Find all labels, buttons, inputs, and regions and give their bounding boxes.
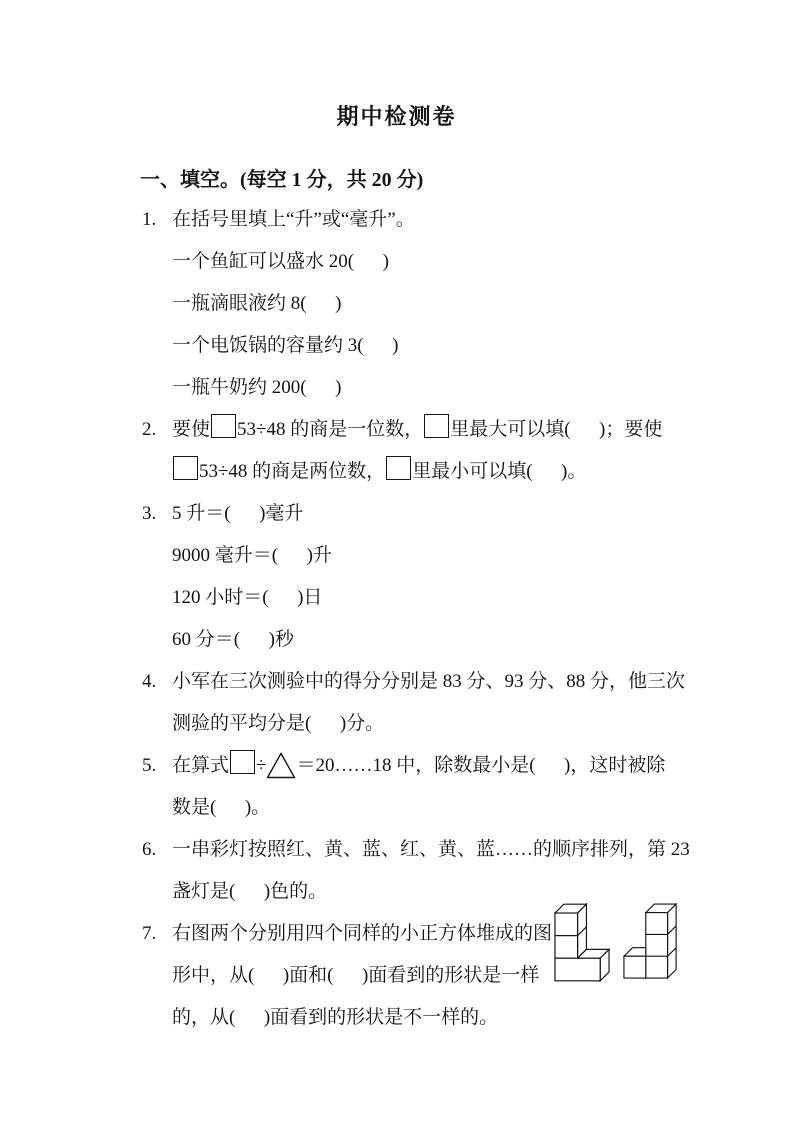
question-3-item-4: 60 分＝( )秒 — [142, 619, 742, 661]
question-5-line-1: 5.在算式÷＝20……18 中，除数最小是( )，这时被除 — [142, 745, 742, 787]
blank-square-icon — [211, 414, 236, 438]
question-text: 右图两个分别用四个同样的小正方体堆成的图 — [172, 923, 552, 944]
question-4-line-1: 4.小军在三次测验中的得分分别是 83 分、93 分、88 分，他三次 — [142, 661, 742, 703]
question-1-item-3: 一个电饭锅的容量约 3( ) — [142, 325, 742, 367]
question-text: 里最大可以填( )；要使 — [450, 419, 662, 440]
blank-square-icon — [173, 456, 198, 480]
question-text: 5 升＝( )毫升 — [172, 503, 303, 524]
question-number: 5. — [142, 745, 172, 787]
blank-triangle-icon — [266, 759, 296, 780]
question-2-line-1: 2.要使53÷48 的商是一位数，里最大可以填( )；要使 — [142, 409, 742, 451]
question-number: 2. — [142, 409, 172, 451]
question-4-line-2: 测验的平均分是( )分。 — [142, 703, 742, 745]
question-number: 4. — [142, 661, 172, 703]
question-1-item-4: 一瓶牛奶约 200( ) — [142, 367, 742, 409]
question-text: 一串彩灯按照红、黄、蓝、红、黄、蓝……的顺序排列，第 23 — [172, 839, 690, 860]
page-title: 期中检测卷 — [0, 100, 793, 131]
question-1-line-1: 1.在括号里填上“升”或“毫升”。 — [142, 199, 742, 241]
question-text: 53÷48 的商是两位数， — [199, 461, 385, 482]
question-text: 在算式 — [172, 755, 229, 776]
question-7-line-3: 的，从( )面看到的形状是不一样的。 — [142, 997, 742, 1039]
question-3-item-3: 120 小时＝( )日 — [142, 577, 742, 619]
question-number: 3. — [142, 493, 172, 535]
blank-square-icon — [386, 456, 411, 480]
blank-square-icon — [230, 750, 255, 774]
question-3-item-2: 9000 毫升＝( )升 — [142, 535, 742, 577]
question-text: ＝20……18 中，除数最小是( )，这时被除 — [296, 755, 665, 776]
question-text: 要使 — [172, 419, 210, 440]
question-text: 小军在三次测验中的得分分别是 83 分、93 分、88 分，他三次 — [172, 671, 685, 692]
question-1-item-1: 一个鱼缸可以盛水 20( ) — [142, 241, 742, 283]
question-number: 6. — [142, 829, 172, 871]
question-text: 形中，从( )面和( )面看到的形状是一样 — [172, 965, 539, 986]
question-7-figures — [554, 903, 678, 984]
question-text: 数是( )。 — [172, 797, 270, 818]
question-text: 120 小时＝( )日 — [172, 587, 322, 608]
question-1-item-2: 一瓶滴眼液约 8( ) — [142, 283, 742, 325]
section-heading: 一、填空。(每空 1 分，共 20 分) — [140, 163, 423, 192]
exam-page: 期中检测卷 一、填空。(每空 1 分，共 20 分) 1.在括号里填上“升”或“… — [0, 0, 793, 1122]
blank-square-icon — [424, 414, 449, 438]
question-text: 9000 毫升＝( )升 — [172, 545, 332, 566]
question-text: 里最小可以填( )。 — [412, 461, 586, 482]
division-sign: ÷ — [256, 755, 266, 776]
cube-stack-left-figure — [554, 903, 611, 984]
question-2-line-2: 53÷48 的商是两位数，里最小可以填( )。 — [142, 451, 742, 493]
question-number: 1. — [142, 199, 172, 241]
question-text: 60 分＝( )秒 — [172, 629, 294, 650]
question-text: 一瓶牛奶约 200( ) — [172, 377, 341, 398]
question-text: 的，从( )面看到的形状是不一样的。 — [172, 1007, 498, 1028]
cube-stack-right-figure — [623, 903, 678, 981]
question-number: 7. — [142, 913, 172, 955]
question-5-line-2: 数是( )。 — [142, 787, 742, 829]
question-text: 一瓶滴眼液约 8( ) — [172, 293, 341, 314]
question-text: 53÷48 的商是一位数， — [237, 419, 423, 440]
question-text: 一个电饭锅的容量约 3( ) — [172, 335, 398, 356]
question-text: 盏灯是( )色的。 — [172, 881, 327, 902]
question-6-line-1: 6.一串彩灯按照红、黄、蓝、红、黄、蓝……的顺序排列，第 23 — [142, 829, 742, 871]
question-text: 测验的平均分是( )分。 — [172, 713, 384, 734]
question-3-item-1: 3.5 升＝( )毫升 — [142, 493, 742, 535]
question-text: 一个鱼缸可以盛水 20( ) — [172, 251, 389, 272]
question-text: 在括号里填上“升”或“毫升”。 — [172, 209, 415, 230]
